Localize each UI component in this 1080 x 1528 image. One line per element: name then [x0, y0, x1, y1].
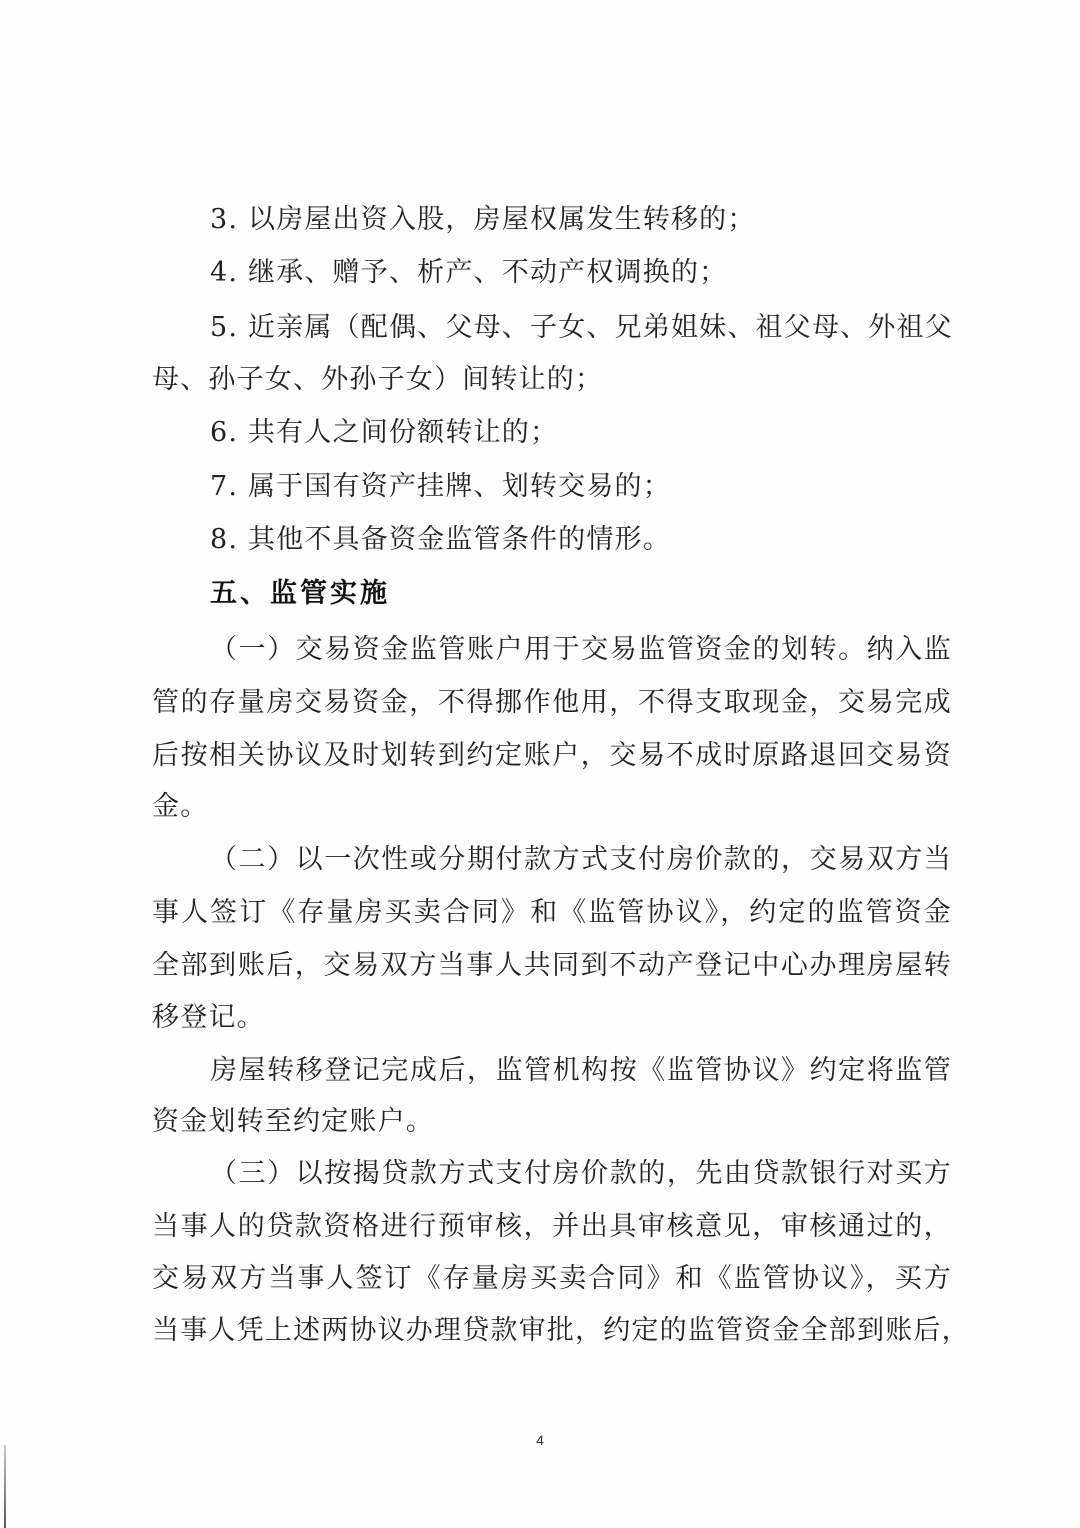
paragraph-2-line-3: 全部到账后，交易双方当事人共同到不动产登记中心办理房屋转	[152, 946, 952, 986]
list-item-6: 6. 共有人之间份额转让的；	[210, 413, 952, 453]
list-item-3: 3. 以房屋出资入股，房屋权属发生转移的；	[210, 200, 952, 240]
scan-edge-mark	[4, 1445, 6, 1528]
list-item-4: 4. 继承、赠予、析产、不动产权调换的；	[210, 253, 952, 293]
section-heading: 五、监管实施	[210, 574, 952, 614]
paragraph-4-line-1: （三）以按揭贷款方式支付房价款的，先由贷款银行对买方	[210, 1154, 952, 1194]
paragraph-3-line-1: 房屋转移登记完成后，监管机构按《监管协议》约定将监管	[210, 1051, 952, 1091]
paragraph-4-line-2: 当事人的贷款资格进行预审核，并出具审核意见，审核通过的，	[152, 1207, 952, 1247]
paragraph-4-line-3: 交易双方当事人签订《存量房买卖合同》和《监管协议》，买方	[152, 1259, 952, 1299]
paragraph-1-line-1: （一）交易资金监管账户用于交易监管资金的划转。纳入监	[210, 630, 952, 670]
paragraph-1-line-2: 管的存量房交易资金，不得挪作他用，不得支取现金，交易完成	[152, 683, 952, 723]
list-item-5-line-1: 5. 近亲属（配偶、父母、子女、兄弟姐妹、祖父母、外祖父	[210, 308, 952, 348]
page-number: 4	[530, 1432, 550, 1448]
list-item-5-line-2: 母、孙子女、外孙子女）间转让的；	[152, 360, 952, 400]
paragraph-2-line-2: 事人签订《存量房买卖合同》和《监管协议》，约定的监管资金	[152, 893, 952, 933]
paragraph-2-line-1: （二）以一次性或分期付款方式支付房价款的，交易双方当	[210, 840, 952, 880]
paragraph-4-line-4: 当事人凭上述两协议办理贷款审批，约定的监管资金全部到账后，	[152, 1311, 952, 1351]
paragraph-3-line-2: 资金划转至约定账户。	[152, 1102, 952, 1142]
list-item-7: 7. 属于国有资产挂牌、划转交易的；	[210, 467, 952, 507]
document-page: 3. 以房屋出资入股，房屋权属发生转移的； 4. 继承、赠予、析产、不动产权调换…	[0, 0, 1080, 1528]
paragraph-2-line-4: 移登记。	[152, 998, 952, 1038]
list-item-8: 8. 其他不具备资金监管条件的情形。	[210, 520, 952, 560]
paragraph-1-line-4: 金。	[152, 787, 952, 827]
paragraph-1-line-3: 后按相关协议及时划转到约定账户，交易不成时原路退回交易资	[152, 736, 952, 776]
